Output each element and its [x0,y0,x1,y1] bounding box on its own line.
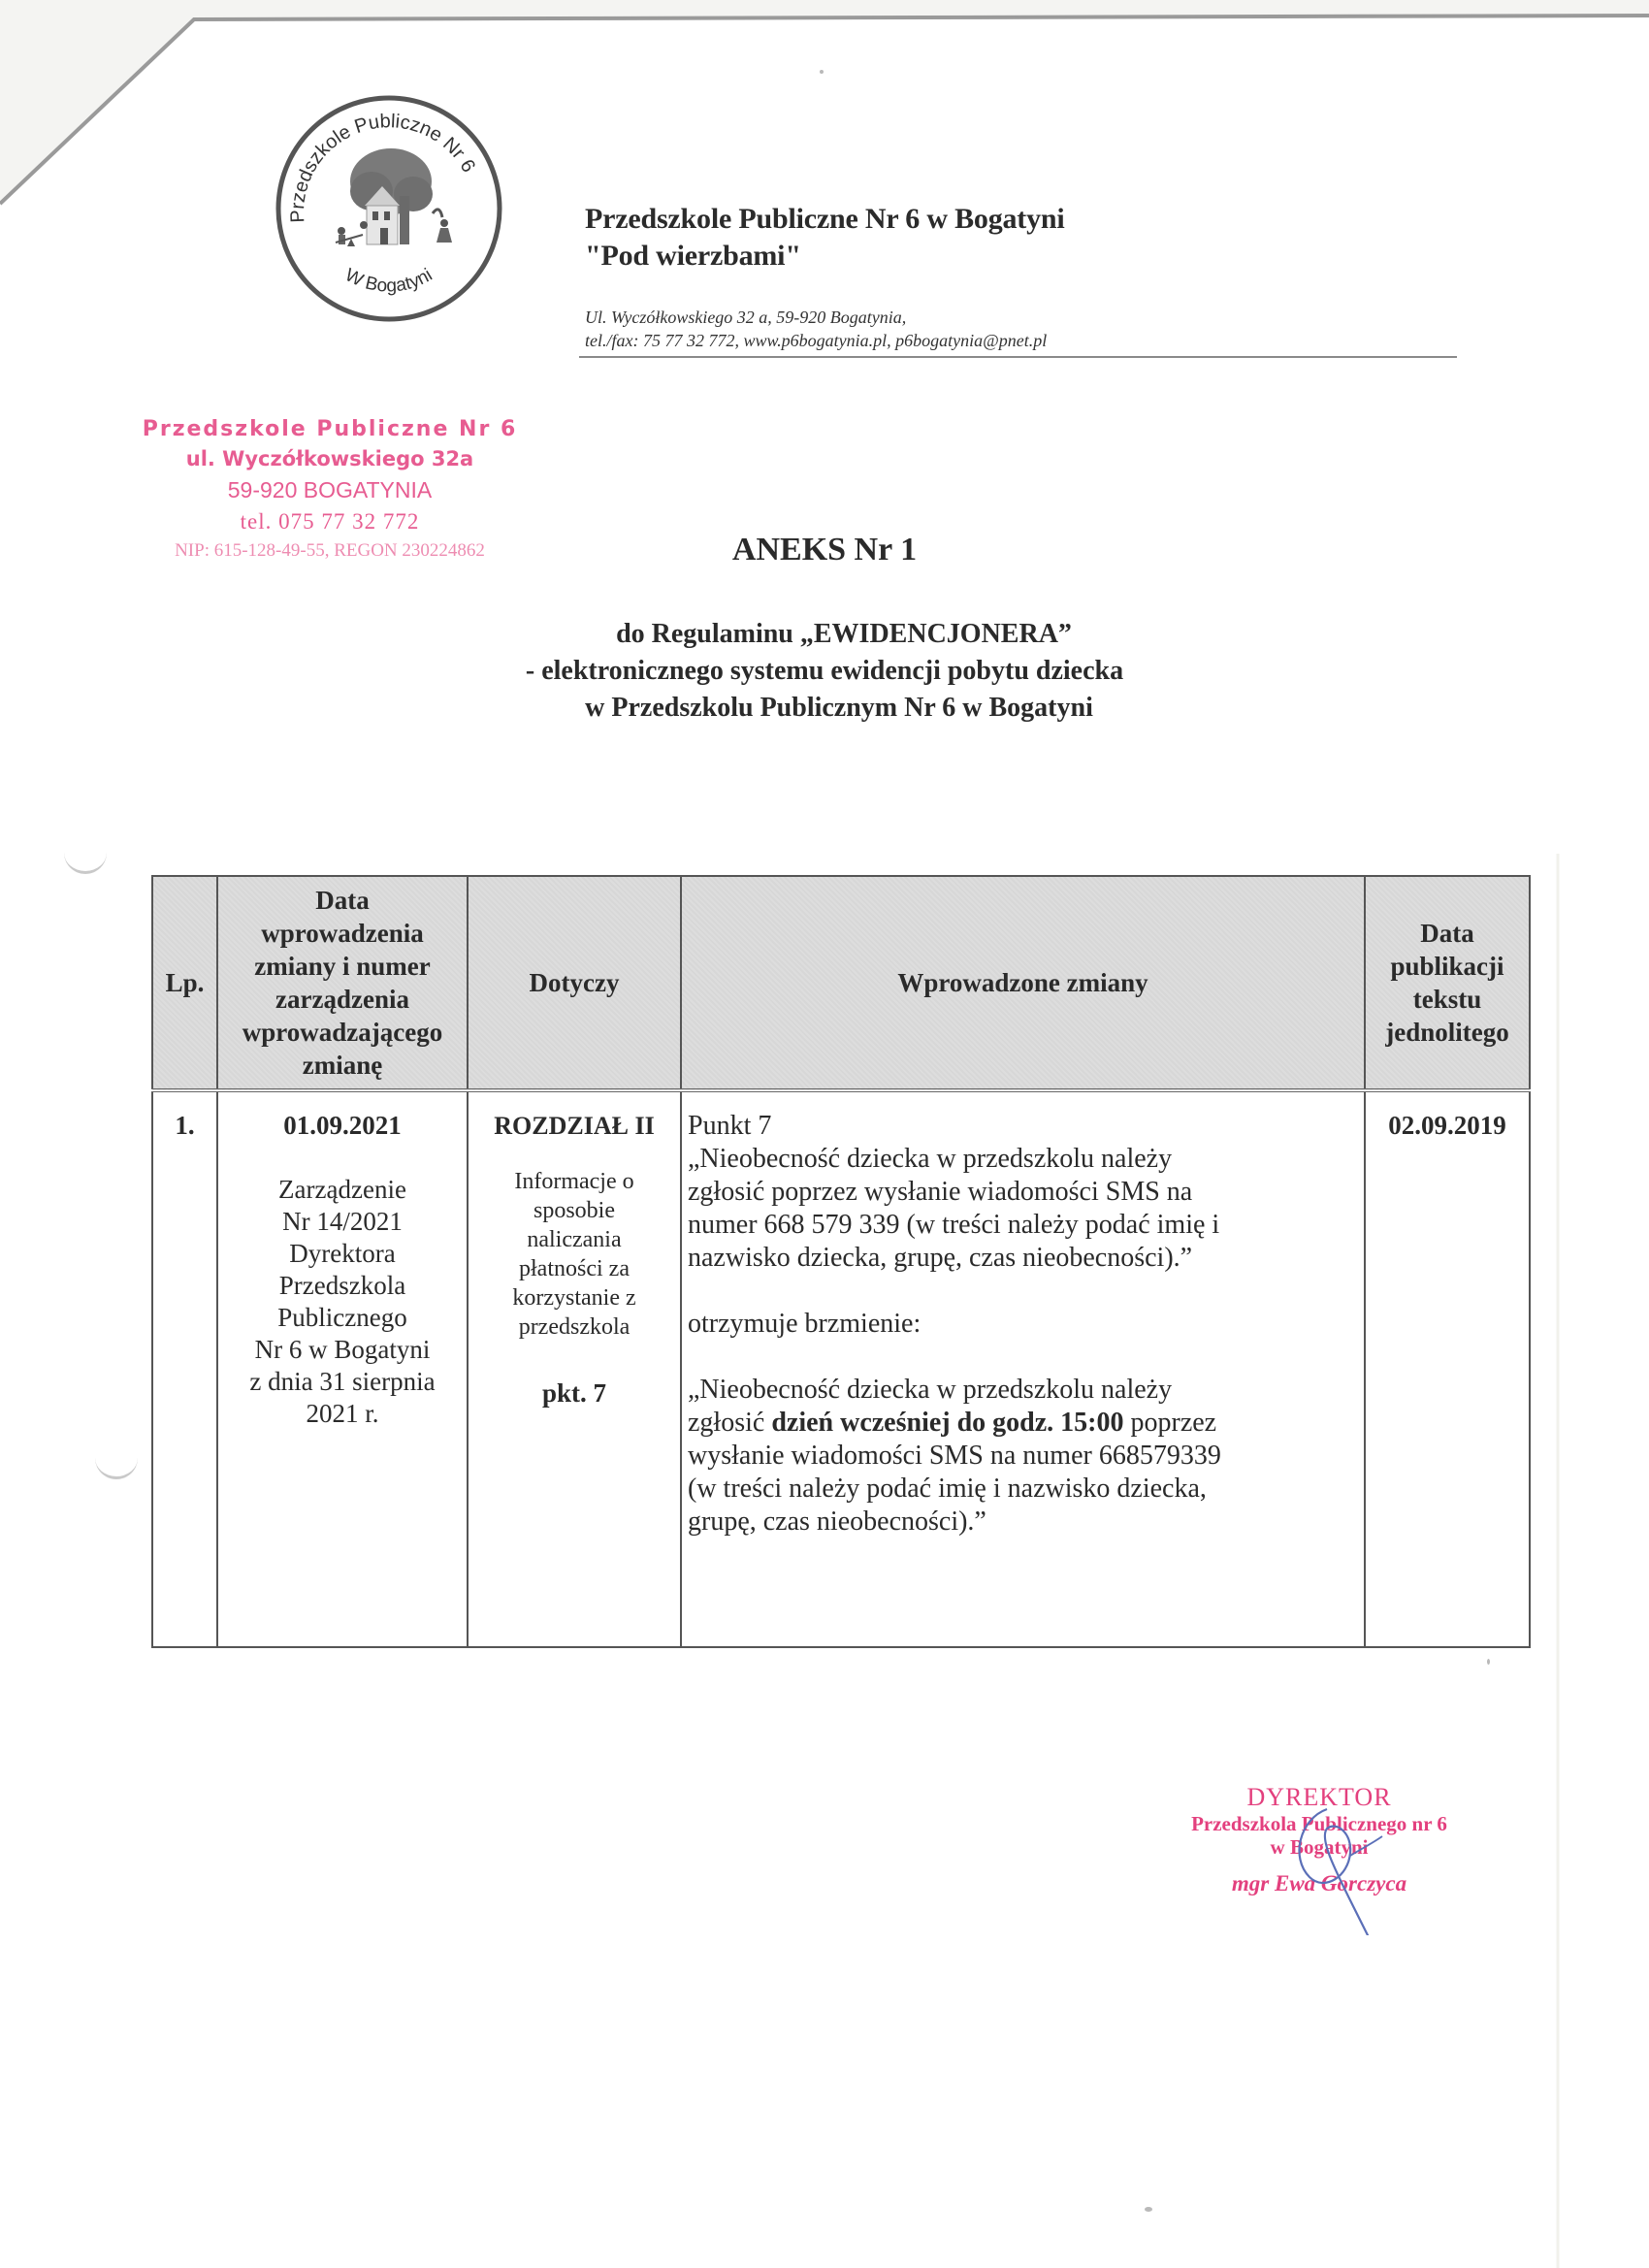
address-line-2: tel./fax: 75 77 32 772, www.p6bogatynia.… [585,329,1047,352]
handwritten-signature [1280,1799,1387,1935]
cell-changes: Punkt 7 „Nieobecność dziecka w przedszko… [681,1090,1365,1647]
scan-speck [1145,2207,1152,2212]
cell-publication-date: 02.09.2019 [1365,1090,1530,1647]
table-header-row: Lp. Data wprowadzenia zmiany i numer zar… [152,876,1530,1090]
subtitle-line-3: w Przedszkolu Publicznym Nr 6 w Bogatyni [0,690,1649,727]
cell-date-and-order: 01.09.2021 Zarządzenie Nr 14/2021 Dyrekt… [217,1090,468,1647]
organization-address: Ul. Wyczółkowskiego 32 a, 59-920 Bogatyn… [585,306,1047,352]
subtitle-line-2: - elektronicznego systemu ewidencji poby… [0,653,1649,690]
organization-name: Przedszkole Publiczne Nr 6 w Bogatyni [585,201,1065,238]
school-logo: Przedszkole Publiczne Nr 6 W Bogatyni [270,89,508,328]
change-connector: otrzymuje brzmienie: [688,1308,1358,1341]
organization-header: Przedszkole Publiczne Nr 6 w Bogatyni "P… [585,201,1065,275]
address-line-1: Ul. Wyczółkowskiego 32 a, 59-920 Bogatyn… [585,306,1047,329]
document-title: ANEKS Nr 1 [0,532,1649,568]
logo-ring-text-bottom: W Bogatyni [341,265,436,296]
column-header-changes: Wprowadzone zmiany [681,876,1365,1090]
cell-lp: 1. [152,1090,217,1647]
new-text-emphasis-line: zgłosić dzień wcześniej do godz. 15:00 p… [688,1407,1358,1440]
column-header-concerns: Dotyczy [468,876,681,1090]
stamp-line-1: Przedszkole Publiczne Nr 6 [107,415,553,444]
header-divider [579,356,1457,358]
concerns-chapter: ROZDZIAŁ II [474,1110,674,1142]
change-point-label: Punkt 7 [688,1110,1358,1143]
table-row: 1. 01.09.2021 Zarządzenie Nr 14/2021 Dyr… [152,1090,1530,1647]
cell-concerns: ROZDZIAŁ II Informacje o sposobie nalicz… [468,1090,681,1647]
change-date: 01.09.2021 [224,1110,461,1142]
column-header-publication-date: Data publikacji tekstu jednolitego [1365,876,1530,1090]
scan-speck [820,70,824,74]
stamp-line-3: 59-920 BOGATYNIA [107,473,553,506]
column-header-date-and-order: Data wprowadzenia zmiany i numer zarządz… [217,876,468,1090]
document-subtitle: do Regulaminu „EWIDENCJONERA” - elektron… [0,616,1649,727]
concerns-point: pkt. 7 [474,1378,674,1408]
column-header-lp: Lp. [152,876,217,1090]
svg-text:W Bogatyni: W Bogatyni [341,265,436,296]
changes-table: Lp. Data wprowadzenia zmiany i numer zar… [151,875,1531,1648]
tree-house-children-icon [336,148,452,246]
new-deadline-emphasis: dzień wcześniej do godz. 15:00 [771,1408,1123,1438]
organization-nickname: "Pod wierzbami" [585,238,1065,275]
subtitle-line-1: do Regulaminu „EWIDENCJONERA” [0,616,1649,653]
scan-speck [1487,1659,1490,1665]
stamp-line-2: ul. Wyczółkowskiego 32a [107,444,553,473]
